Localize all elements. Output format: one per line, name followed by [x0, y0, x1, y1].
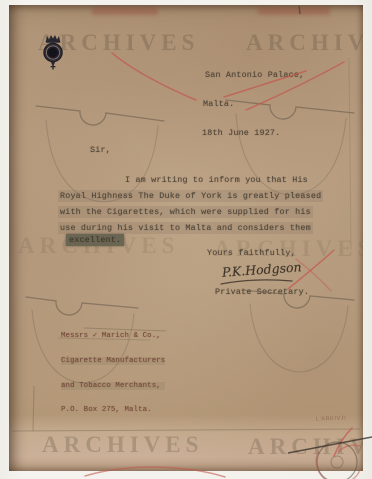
recipient-line-4: P.O. Box 275, Malta. [61, 406, 165, 414]
body-line-2-text: Royal Highness The Duke of York is great… [58, 190, 323, 202]
body-line-5-text: excellent. [66, 234, 124, 246]
archives-watermark-bottom-right: ARCHIVES [248, 434, 363, 460]
recipient-name: Messrs ✓ Marich & Co., [61, 332, 165, 340]
recipient-line-2: Cigarette Manufacturers [61, 357, 165, 365]
body-line-3: with the Cigarettes, which were supplied… [60, 208, 311, 218]
closing-line: Yours faithfully, [207, 249, 296, 259]
letterhead-date: 18th June 1927. [202, 129, 304, 139]
body-line-1: I am writing to inform you that His [125, 176, 308, 186]
salutation: Sir, [90, 146, 111, 156]
arkivji-corner-stamp: L'ARKIVJI [316, 415, 346, 422]
letter-paper: ARCHIVES ARCHIVES ARCHIVES ARCHIVES ARCH… [9, 5, 363, 471]
royal-crest-icon [40, 33, 66, 71]
handwritten-signature: P.K.Hodgson [222, 259, 302, 280]
letterhead-city: Malta. [202, 100, 304, 110]
red-stamp-fragment-left [92, 7, 158, 15]
letterhead-place: San Antonio Palace, [202, 71, 304, 81]
letterhead-block: San Antonio Palace, Malta. 18th June 192… [202, 52, 304, 158]
body-line-4-text: use during his visit to Malta and consid… [58, 222, 313, 234]
archives-watermark-bottom-left: ARCHIVES [42, 432, 203, 458]
scanned-letter-page: ARCHIVES ARCHIVES ARCHIVES ARCHIVES ARCH… [0, 0, 372, 479]
body-line-3-text: with the Cigarettes, which were supplied… [58, 206, 313, 218]
recipient-line-3: and Tobacco Merchants, [61, 382, 165, 390]
body-line-4: use during his visit to Malta and consid… [60, 224, 311, 234]
recipient-block: Messrs ✓ Marich & Co., Cigarette Manufac… [61, 316, 165, 431]
red-stamp-fragment-right [258, 7, 330, 15]
body-line-2: Royal Highness The Duke of York is great… [60, 192, 321, 202]
body-line-5: excellent. [69, 236, 121, 246]
signer-title: Private Secretary. [215, 288, 309, 298]
